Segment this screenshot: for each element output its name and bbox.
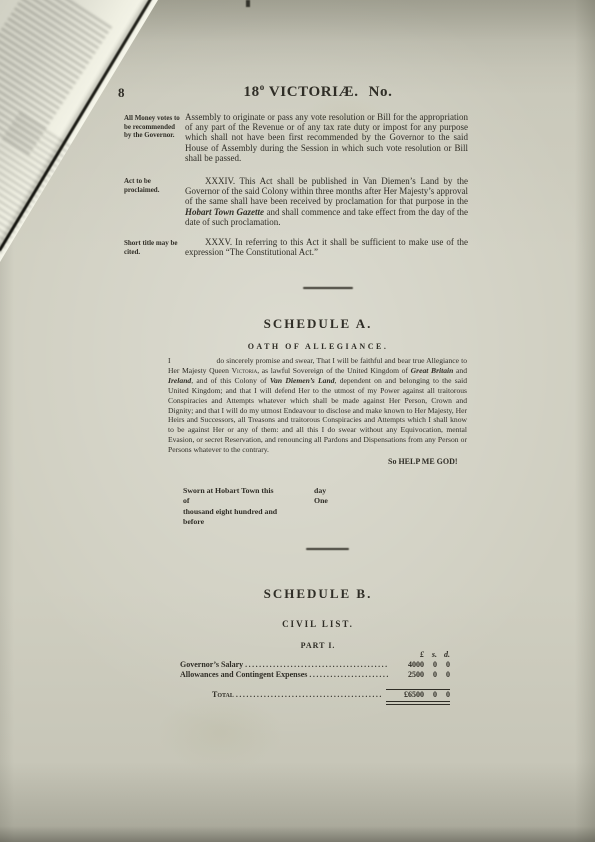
sovereign-name: VICTORIÆ. [269,84,359,100]
ireland-name: Ireland [168,376,191,385]
civil-list-heading: CIVIL LIST. [176,619,460,629]
margin-note-money-votes: All Money votes to be recommended by the… [124,114,182,140]
oath-segment: , dependent on and belonging to the said… [168,376,467,454]
so-help-me-god: So HELP ME GOD! [388,457,458,466]
part-heading: PART I. [176,641,460,650]
oath-pronoun: I [168,356,171,365]
act-paragraph-xxxv: XXXV. In referring to this Act it shall … [185,237,468,257]
table-header-row: £ s. d. [180,651,450,659]
attestation-block: Sworn at Hobart Town this of thousand ei… [183,486,303,528]
dot-leader: ........................................… [309,670,388,680]
attestation-line: thousand eight hundred and [183,507,303,517]
row-label: Allowances and Contingent Expenses [180,670,307,680]
oath-text: Ido sincerely promise and swear, That I … [168,356,467,455]
queen-name: Victoria [232,366,258,375]
van-diemens-land-name: Van Diemen’s Land [270,376,335,385]
pence-value: 0 [437,660,450,670]
schedule-a-heading: SCHEDULE A. [176,316,460,332]
regnal-ordinal: o [260,82,265,92]
total-label: Total [212,690,234,700]
oath-heading: OATH OF ALLEGIANCE. [176,342,460,351]
page-number: 8 [118,85,125,101]
attestation-block-right: day One [314,486,354,507]
total-shillings-value: 0 [424,690,437,700]
section-divider-rule [303,287,353,289]
civil-list-table: £ s. d. Governor’s Salary ..............… [180,651,450,705]
great-britain-name: Great Britain [411,366,454,375]
shillings-value: 0 [424,660,437,670]
row-label: Governor’s Salary [180,660,243,670]
attestation-line: day [314,486,354,496]
oath-segment: and [453,366,467,375]
attestation-line: One [314,496,354,506]
attestation-line: of [183,496,303,506]
margin-note-short-title: Short title may be cited. [124,239,182,256]
total-pounds-value: £6500 [386,690,424,700]
oath-segment: , as lawful Sovereign of the United King… [257,366,410,375]
running-head: 18oVICTORIÆ.No. [176,82,460,101]
paragraph-text: XXXIV. This Act shall be published in Va… [185,176,468,206]
total-amount-box: £6500 0 0 [386,689,450,705]
table-total-row: Total ..................................… [180,689,450,705]
table-row-allowances: Allowances and Contingent Expenses .....… [180,670,450,680]
gazette-name: Hobart Town Gazette [185,207,264,217]
printed-page-content: 8 18oVICTORIÆ.No. All Money votes to be … [0,0,595,842]
dot-leader: ........................................… [236,690,384,700]
total-pence-value: 0 [437,690,450,700]
pence-value: 0 [437,670,450,680]
attestation-line: Sworn at Hobart Town this [183,486,303,496]
photographed-book-page: 8 18oVICTORIÆ.No. All Money votes to be … [0,0,595,842]
act-number-label: No. [369,84,393,100]
pence-column-header: d. [437,651,450,659]
pounds-value: 2500 [390,670,424,680]
pounds-column-header: £ [390,651,424,659]
act-paragraph-xxxiv: XXXIV. This Act shall be published in Va… [185,176,468,227]
shillings-value: 0 [424,670,437,680]
act-paragraph-money-votes: Assembly to originate or pass any vote r… [185,112,468,163]
regnal-year: 18 [244,84,260,100]
shillings-column-header: s. [424,651,437,659]
oath-segment: , and of this Colony of [191,376,270,385]
table-row-governors-salary: Governor’s Salary ......................… [180,660,450,670]
schedule-b-heading: SCHEDULE B. [176,586,460,602]
dot-leader: ........................................… [245,660,388,670]
margin-note-proclaimed: Act to be proclaimed. [124,177,182,194]
pounds-value: 4000 [390,660,424,670]
section-divider-rule [306,548,349,550]
attestation-line: before [183,517,303,527]
